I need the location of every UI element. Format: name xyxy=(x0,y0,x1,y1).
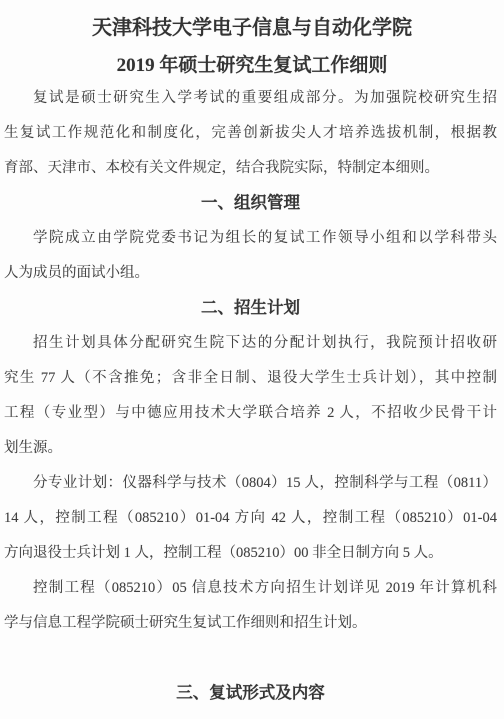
paragraph-1-line-3: 育部、天津市、本校有关文件规定，结合我院实际，特制定本细则。 xyxy=(4,151,497,186)
paragraph-2-line-2: 人为成员的面试小组。 xyxy=(4,256,497,291)
paragraph-1-line-2: 生复试工作规范化和制度化，完善创新拔尖人才培养选拔机制，根据教 xyxy=(4,116,497,151)
paragraph-3-line-2: 究生 77 人（不含推免；含非全日制、退役大学生士兵计划），其中控制 xyxy=(4,361,497,396)
paragraph-4-line-3: 方向退役士兵计划 1 人，控制工程（085210）00 非全日制方向 5 人。 xyxy=(4,536,497,571)
paragraph-1-line-1: 复试是硕士研究生入学考试的重要组成部分。为加强院校研究生招 xyxy=(4,81,497,116)
document-subtitle: 2019 年硕士研究生复试工作细则 xyxy=(0,52,504,80)
document-page: 天津科技大学电子信息与自动化学院 2019 年硕士研究生复试工作细则 复试是硕士… xyxy=(0,0,504,719)
section-heading-reexam-format: 三、复试形式及内容 xyxy=(4,676,497,711)
paragraph-5-line-1: 控制工程（085210）05 信息技术方向招生计划详见 2019 年计算机科 xyxy=(4,571,497,606)
document-title: 天津科技大学电子信息与自动化学院 xyxy=(0,14,504,42)
paragraph-5-line-2: 学与信息工程学院硕士研究生复试工作细则和招生计划。 xyxy=(4,606,497,641)
section-heading-enrollment-plan: 二、招生计划 xyxy=(4,291,497,326)
paragraph-2-line-1: 学院成立由学院党委书记为组长的复试工作领导小组和以学科带头 xyxy=(4,221,497,256)
blank-line xyxy=(4,641,497,676)
paragraph-4-line-1: 分专业计划：仪器科学与技术（0804）15 人，控制科学与工程（0811） xyxy=(4,466,497,501)
paragraph-4-line-2: 14 人，控制工程（085210）01-04 方向 42 人，控制工程（0852… xyxy=(4,501,497,536)
section-heading-organization: 一、组织管理 xyxy=(4,186,497,221)
paragraph-3-line-1: 招生计划具体分配研究生院下达的分配计划执行，我院预计招收研 xyxy=(4,326,497,361)
document-body: 复试是硕士研究生入学考试的重要组成部分。为加强院校研究生招 生复试工作规范化和制… xyxy=(0,81,504,711)
paragraph-3-line-3: 工程（专业型）与中德应用技术大学联合培养 2 人，不招收少民骨干计 xyxy=(4,396,497,431)
paragraph-3-line-4: 划生源。 xyxy=(4,431,497,466)
